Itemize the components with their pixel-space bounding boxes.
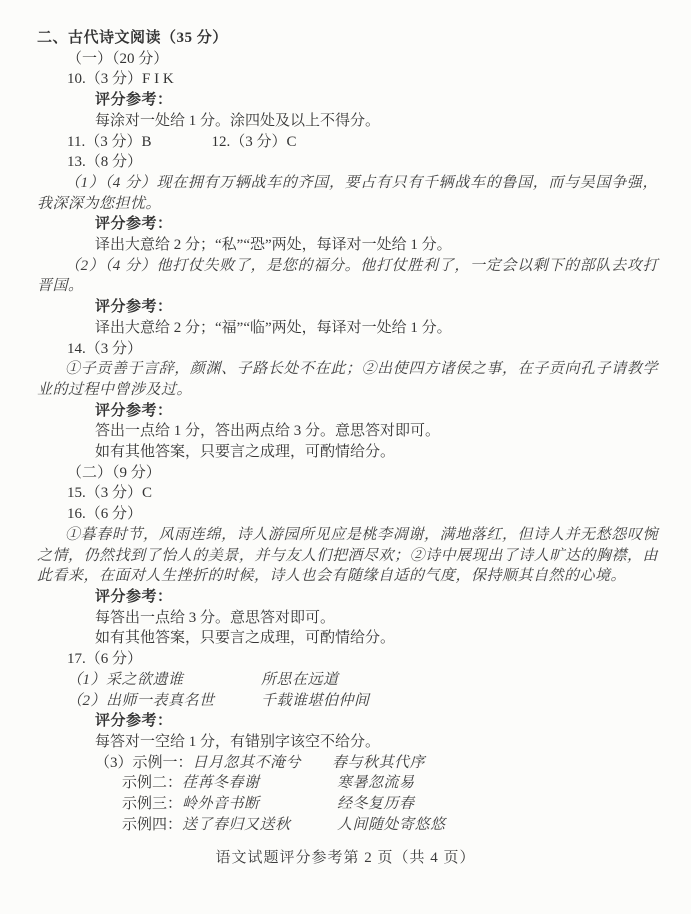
text-line: 二、古代诗文阅读（35 分）: [0, 28, 691, 49]
text-line: 15.（3 分）C: [0, 483, 691, 504]
text-line: 11.（3 分）B 12.（3 分）C: [0, 132, 691, 153]
text-line: 评分参考：: [0, 90, 691, 111]
line-label: 示例三：: [122, 796, 182, 812]
text-line: 评分参考：: [0, 587, 691, 608]
text-line: 示例二：荏苒冬春谢 寒暑忽流易: [0, 773, 691, 794]
text-line: 14.（3 分）: [0, 339, 691, 360]
text-line: 译出大意给 2 分；“私”“恐”两处，每译对一处给 1 分。: [0, 235, 691, 256]
text-line: （2）出师一表真名世 千载谁堪伯仲间: [0, 691, 691, 712]
text-line: （1）（4 分）现在拥有万辆战车的齐国，要占有只有千辆战车的鲁国，而与吴国争强，…: [0, 173, 691, 214]
text-line: 示例三：岭外音书断 经冬复历春: [0, 794, 691, 815]
text-line: ①子贡善于言辞，颜渊、子路长处不在此；②出使四方诸侯之事，在子贡向孔子请教学业的…: [0, 359, 691, 400]
text-line: ①暮春时节，风雨连绵，诗人游园所见应是桃李凋谢，满地落红，但诗人并无愁怨叹惋之情…: [0, 525, 691, 587]
text-line: 示例四：送了春归又送秋 人间随处寄悠悠: [0, 815, 691, 836]
line-answer: 送了春归又送秋 人间随处寄悠悠: [182, 817, 446, 833]
text-line: 评分参考：: [0, 401, 691, 422]
text-line: 17.（6 分）: [0, 649, 691, 670]
line-label: 示例二：: [122, 775, 182, 791]
line-answer: 荏苒冬春谢 寒暑忽流易: [182, 775, 415, 791]
text-line: （1）采之欲遗谁 所思在远道: [0, 670, 691, 691]
line-label: （3）示例一：: [95, 755, 193, 771]
text-line: 16.（6 分）: [0, 504, 691, 525]
text-line: （一）（20 分）: [0, 49, 691, 70]
text-line: 每答对一空给 1 分，有错别字该空不给分。: [0, 732, 691, 753]
text-line: （3）示例一：日月忽其不淹兮 春与秋其代序: [0, 753, 691, 774]
text-line: 译出大意给 2 分；“福”“临”两处，每译对一处给 1 分。: [0, 318, 691, 339]
line-answer: 岭外音书断 经冬复历春: [182, 796, 415, 812]
text-line: 10.（3 分）F I K: [0, 69, 691, 90]
text-line: 评分参考：: [0, 214, 691, 235]
text-line: 每涂对一处给 1 分。涂四处及以上不得分。: [0, 111, 691, 132]
text-line: （二）（9 分）: [0, 463, 691, 484]
text-line: 评分参考：: [0, 711, 691, 732]
text-line: （2）（4 分）他打仗失败了，是您的福分。他打仗胜利了，一定会以剩下的部队去攻打…: [0, 256, 691, 297]
text-line: 13.（8 分）: [0, 152, 691, 173]
line-answer: 日月忽其不淹兮 春与秋其代序: [193, 755, 426, 771]
text-line: 答出一点给 1 分，答出两点给 3 分。意思答对即可。: [0, 421, 691, 442]
text-line: 如有其他答案，只要言之成理，可酌情给分。: [0, 442, 691, 463]
text-line: 每答出一点给 3 分。意思答对即可。: [0, 608, 691, 629]
line-label: 示例四：: [122, 817, 182, 833]
page-footer: 语文试题评分参考第 2 页（共 4 页）: [0, 848, 691, 869]
document-page: 二、古代诗文阅读（35 分）（一）（20 分）10.（3 分）F I K评分参考…: [0, 0, 691, 914]
text-line: 评分参考：: [0, 297, 691, 318]
document-lines: 二、古代诗文阅读（35 分）（一）（20 分）10.（3 分）F I K评分参考…: [0, 28, 691, 835]
text-line: 如有其他答案，只要言之成理，可酌情给分。: [0, 628, 691, 649]
